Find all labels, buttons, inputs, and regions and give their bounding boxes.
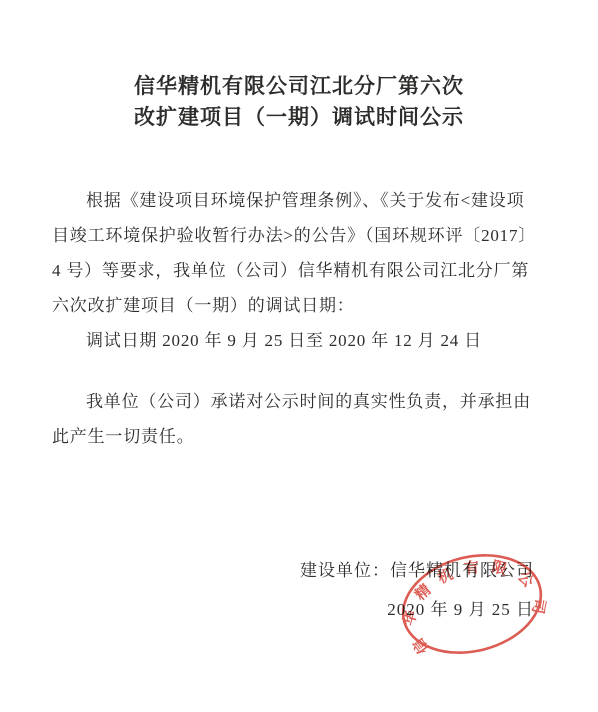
seal-company-name: 信华精机有限公司 [388,546,555,660]
paragraph2-line1: 我单位（公司）承诺对公示时间的真实性负责，并承担由 [52,384,548,419]
document-title-line2: 改扩建项目（一期）调试时间公示 [0,102,598,133]
document-title-line1: 信华精机有限公司江北分厂第六次 [0,71,598,102]
scanned-notice-document: 信华精机有限公司江北分厂第六次 改扩建项目（一期）调试时间公示 根据《建设项目环… [0,0,598,712]
svg-text:信华精机有限公司: 信华精机有限公司 [388,546,555,660]
paragraph2-line2: 此产生一切责任。 [52,419,548,454]
paragraph-gap [52,358,548,384]
paragraph1-line1: 根据《建设项目环境保护管理条例》、《关于发布<建设项 [52,183,548,218]
company-seal-stamp-icon: 信华精机有限公司 [388,546,558,662]
paragraph1-line4: 六次改扩建项目（一期）的调试日期： [52,288,548,323]
paragraph1-line2: 目竣工环境保护验收暂行办法>的公告》（国环规环评〔2017〕 [52,218,548,253]
document-body: 根据《建设项目环境保护管理条例》、《关于发布<建设项 目竣工环境保护验收暂行办法… [52,183,548,454]
document-title: 信华精机有限公司江北分厂第六次 改扩建项目（一期）调试时间公示 [0,71,598,133]
paragraph1-line3: 4 号）等要求，我单位（公司）信华精机有限公司江北分厂第 [52,253,548,288]
debug-date-line: 调试日期 2020 年 9 月 25 日至 2020 年 12 月 24 日 [52,323,548,358]
